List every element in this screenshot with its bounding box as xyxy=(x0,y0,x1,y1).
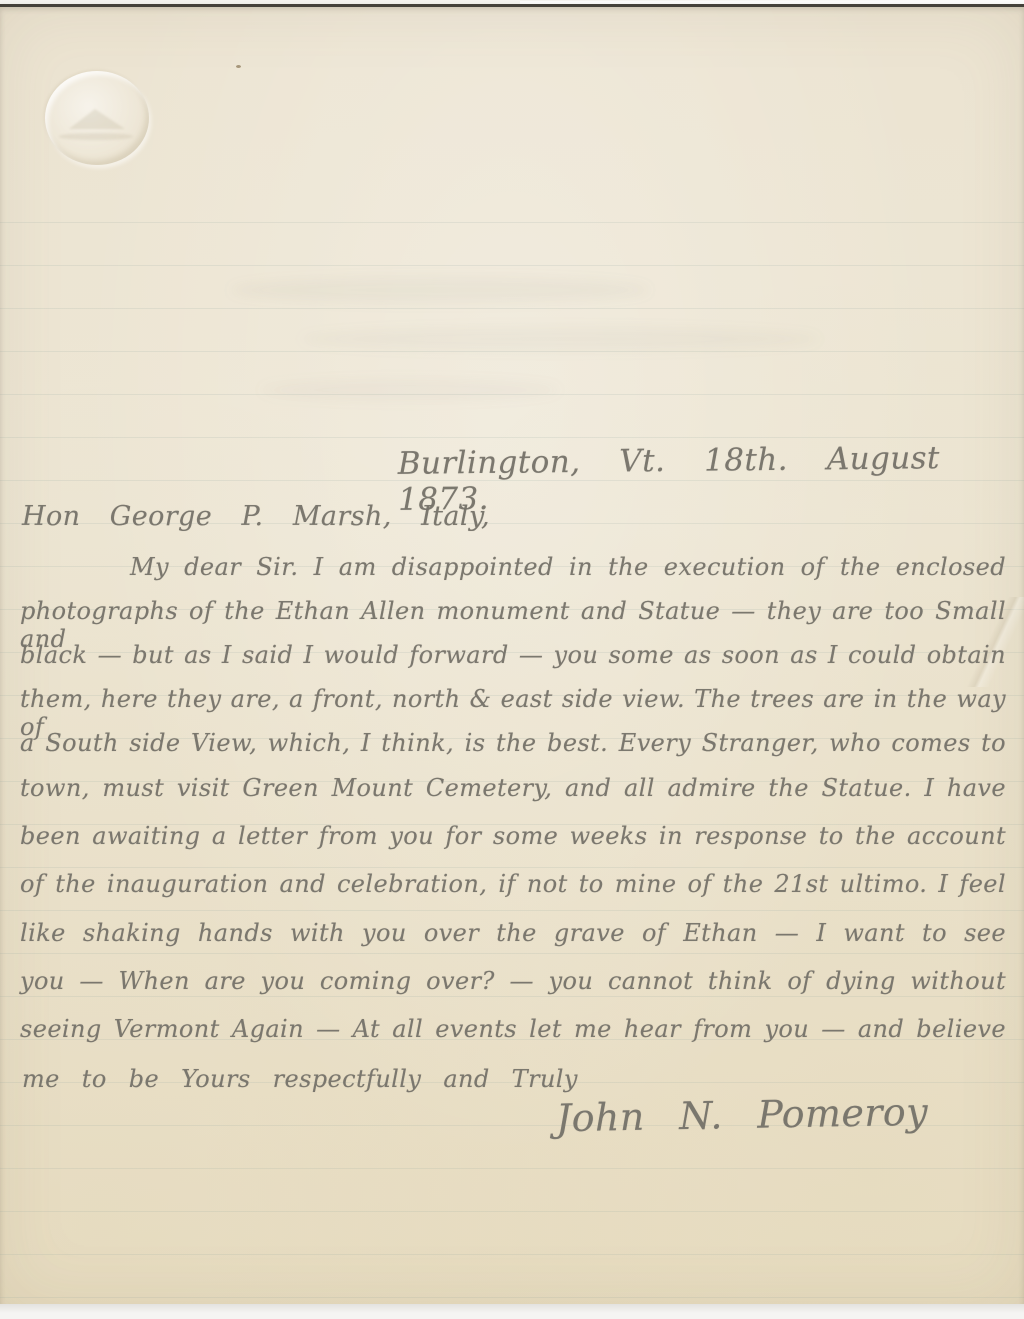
bleed-through-smudge xyxy=(230,277,650,303)
letter-body-line: a South side View, which, I think, is th… xyxy=(20,729,1006,757)
scan-bottom-strip xyxy=(0,1304,1024,1319)
letter-body-line: been awaiting a letter from you for some… xyxy=(20,822,1006,850)
bleed-through-smudge xyxy=(260,379,560,401)
letter-recipient: Hon George P. Marsh, Italy, xyxy=(22,501,490,532)
letter-closing: me to be Yours respectfully and Truly xyxy=(22,1065,578,1093)
letter-salutation: My dear Sir. xyxy=(130,553,298,581)
letter-body-line: black — but as I said I would forward — … xyxy=(20,641,1006,669)
bleed-through-smudge xyxy=(300,327,820,351)
seal-ground-shape xyxy=(59,133,133,140)
letter-body-line: I am disappointed in the execution of th… xyxy=(314,553,1006,581)
ruled-lines xyxy=(0,222,1024,1300)
paper-fleck xyxy=(236,65,241,68)
letter-body-line: you — When are you coming over? — you ca… xyxy=(20,967,1006,995)
letter-signature: John N. Pomeroy xyxy=(556,1090,929,1140)
letter-body-line: town, must visit Green Mount Cemetery, a… xyxy=(20,774,1006,802)
letter-body-line: of the inauguration and celebration, if … xyxy=(20,870,1006,898)
letter-salutation-line: My dear Sir. I am disappointed in the ex… xyxy=(130,553,1006,581)
embossed-seal-icon xyxy=(45,71,149,165)
letter-page: Burlington, Vt. 18th. August 1873. Hon G… xyxy=(0,4,1024,1307)
letter-body-line: like shaking hands with you over the gra… xyxy=(20,919,1006,947)
seal-mountain-shape xyxy=(69,109,125,129)
letter-body-line: seeing Vermont Again — At all events let… xyxy=(20,1015,1006,1043)
